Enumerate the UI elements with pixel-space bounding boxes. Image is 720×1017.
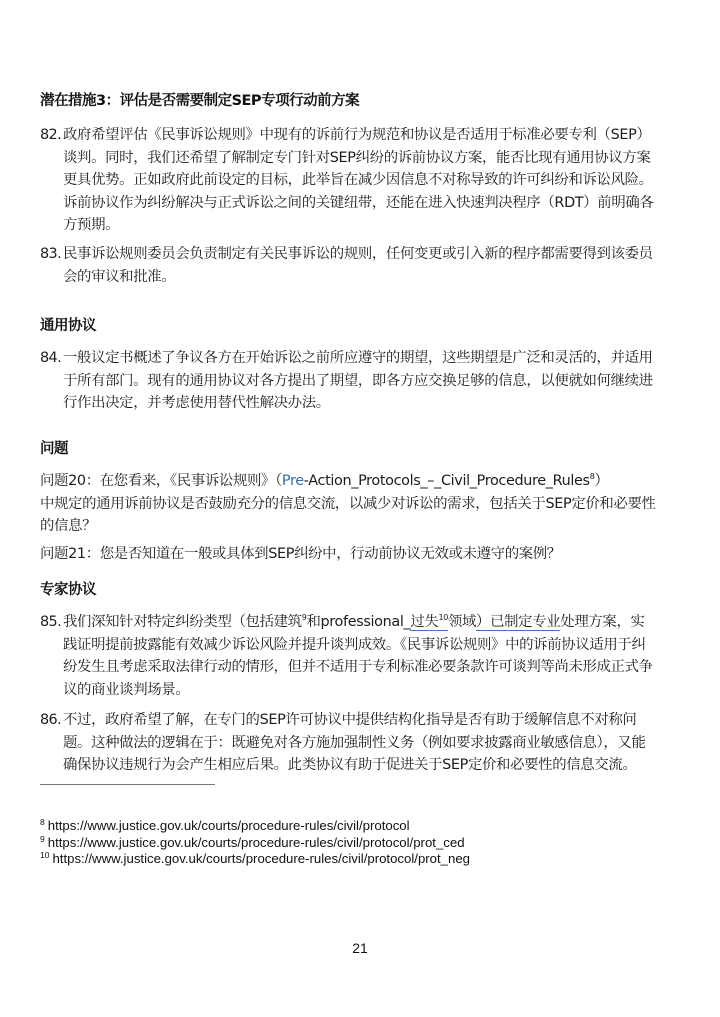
paragraph-line: 诉前协议作为纠纷解决与正式诉讼之间的关键纽带，还能在进入快速判决程序（RDT）前…	[40, 192, 685, 215]
paragraph-line: 确保协议违规行为会产生相应后果。此类协议有助于促进关于SEP定价和必要性的信息交…	[40, 754, 685, 777]
paragraph-number: 84.	[40, 347, 63, 370]
question-line: 的信息？	[40, 515, 690, 538]
question-line: 问题20：在您看来，《民事诉讼规则》（Pre-Action_Protocols_…	[40, 470, 690, 493]
footnote-divider	[40, 784, 215, 785]
footnote-link[interactable]: https://www.justice.gov.uk/courts/proced…	[48, 835, 465, 850]
paragraph-line: 会的审议和批准。	[40, 266, 685, 289]
footnote-link[interactable]: https://www.justice.gov.uk/courts/proced…	[52, 851, 470, 866]
underlined-term-negligence: 过失10	[410, 614, 448, 631]
question-21: 问题21：您是否知道在一般或具体到SEP纠纷中，行动前协议无效或未遵守的案例？	[40, 543, 690, 566]
protocol-link-rest[interactable]: -Action_Protocols_–_Civil_Procedure_Rule…	[304, 473, 590, 489]
footnotes: 8https://www.justice.gov.uk/courts/proce…	[40, 818, 470, 868]
paragraph-number: 82.	[40, 124, 63, 147]
protocol-link-pre[interactable]: Pre	[282, 473, 304, 489]
paragraph-line: 更具优势。正如政府此前设定的目标，此举旨在减少因信息不对称导致的许可纠纷和诉讼风…	[40, 169, 685, 192]
paragraph-line: 谈判。同时，我们还希望了解制定专门针对SEP纠纷的诉前协议方案，能否比现有通用协…	[40, 147, 685, 170]
paragraph-line: 践证明提前披露能有效减少诉讼风险并提升谈判成效。《民事诉讼规则》中的诉前协议适用…	[40, 634, 685, 657]
paragraph-line: 83.民事诉讼规则委员会负责制定有关民事诉讼的规则，任何变更或引入新的程序都需要…	[40, 243, 685, 266]
paragraph-85: 85.我们深知针对特定纠纷类型（包括建筑9和professional_过失10领…	[40, 611, 685, 701]
paragraph-line: 议的商业谈判场景。	[40, 679, 685, 702]
paragraph-line: 84.一般议定书概述了争议各方在开始诉讼之前所应遵守的期望，这些期望是广泛和灵活…	[40, 347, 685, 370]
paragraph-number: 83.	[40, 243, 63, 266]
section-heading-specialist-protocol: 专家协议	[40, 578, 96, 599]
footnote-mark: 10	[40, 850, 49, 860]
section-heading-general-protocol: 通用协议	[40, 314, 96, 335]
question-20: 问题20：在您看来，《民事诉讼规则》（Pre-Action_Protocols_…	[40, 470, 690, 538]
paragraph-83: 83.民事诉讼规则委员会负责制定有关民事诉讼的规则，任何变更或引入新的程序都需要…	[40, 243, 685, 288]
paragraph-82: 82.政府希望评估《民事诉讼规则》中现有的诉前行为规范和协议是否适用于标准必要专…	[40, 124, 685, 237]
page-number: 21	[0, 940, 720, 956]
footnote-link[interactable]: https://www.justice.gov.uk/courts/proced…	[48, 818, 410, 833]
footnote-ref-10[interactable]: 10	[438, 613, 447, 622]
paragraph-number: 85.	[40, 611, 63, 634]
question-line: 问题21：您是否知道在一般或具体到SEP纠纷中，行动前协议无效或未遵守的案例？	[40, 543, 690, 566]
footnote-mark: 8	[40, 817, 45, 827]
paragraph-line: 方预期。	[40, 214, 685, 237]
footnote-8: 8https://www.justice.gov.uk/courts/proce…	[40, 818, 470, 835]
paragraph-line: 82.政府希望评估《民事诉讼规则》中现有的诉前行为规范和协议是否适用于标准必要专…	[40, 124, 685, 147]
paragraph-line: 85.我们深知针对特定纠纷类型（包括建筑9和professional_过失10领…	[40, 611, 685, 634]
document-page: 潜在措施3：评估是否需要制定SEP专项行动前方案 82.政府希望评估《民事诉讼规…	[0, 0, 720, 1017]
footnote-mark: 9	[40, 834, 45, 844]
footnote-10: 10https://www.justice.gov.uk/courts/proc…	[40, 851, 470, 868]
paragraph-86: 86.不过，政府希望了解，在专门的SEP许可协议中提供结构化指导是否有助于缓解信…	[40, 709, 685, 777]
paragraph-line: 纷发生且考虑采取法律行动的情形，但并不适用于专利标准必要条款许可谈判等尚未形成正…	[40, 656, 685, 679]
paragraph-line: 题。这种做法的逻辑在于：既避免对各方施加强制性义务（例如要求披露商业敏感信息），…	[40, 732, 685, 755]
section-heading-measure-3: 潜在措施3：评估是否需要制定SEP专项行动前方案	[40, 89, 359, 110]
paragraph-line: 86.不过，政府希望了解，在专门的SEP许可协议中提供结构化指导是否有助于缓解信…	[40, 709, 685, 732]
paragraph-line: 于所有部门。现有的通用协议对各方提出了期望，即各方应交换足够的信息，以便就如何继…	[40, 370, 685, 393]
paragraph-line: 行作出决定，并考虑使用替代性解决办法。	[40, 392, 685, 415]
paragraph-84: 84.一般议定书概述了争议各方在开始诉讼之前所应遵守的期望，这些期望是广泛和灵活…	[40, 347, 685, 415]
underlined-phrase: ）已制定专业	[476, 614, 560, 631]
question-line: 中规定的通用诉前协议是否鼓励充分的信息交流，以减少对诉讼的需求，包括关于SEP定…	[40, 493, 690, 516]
section-heading-questions: 问题	[40, 437, 68, 458]
footnote-9: 9https://www.justice.gov.uk/courts/proce…	[40, 835, 470, 852]
paragraph-number: 86.	[40, 709, 63, 732]
